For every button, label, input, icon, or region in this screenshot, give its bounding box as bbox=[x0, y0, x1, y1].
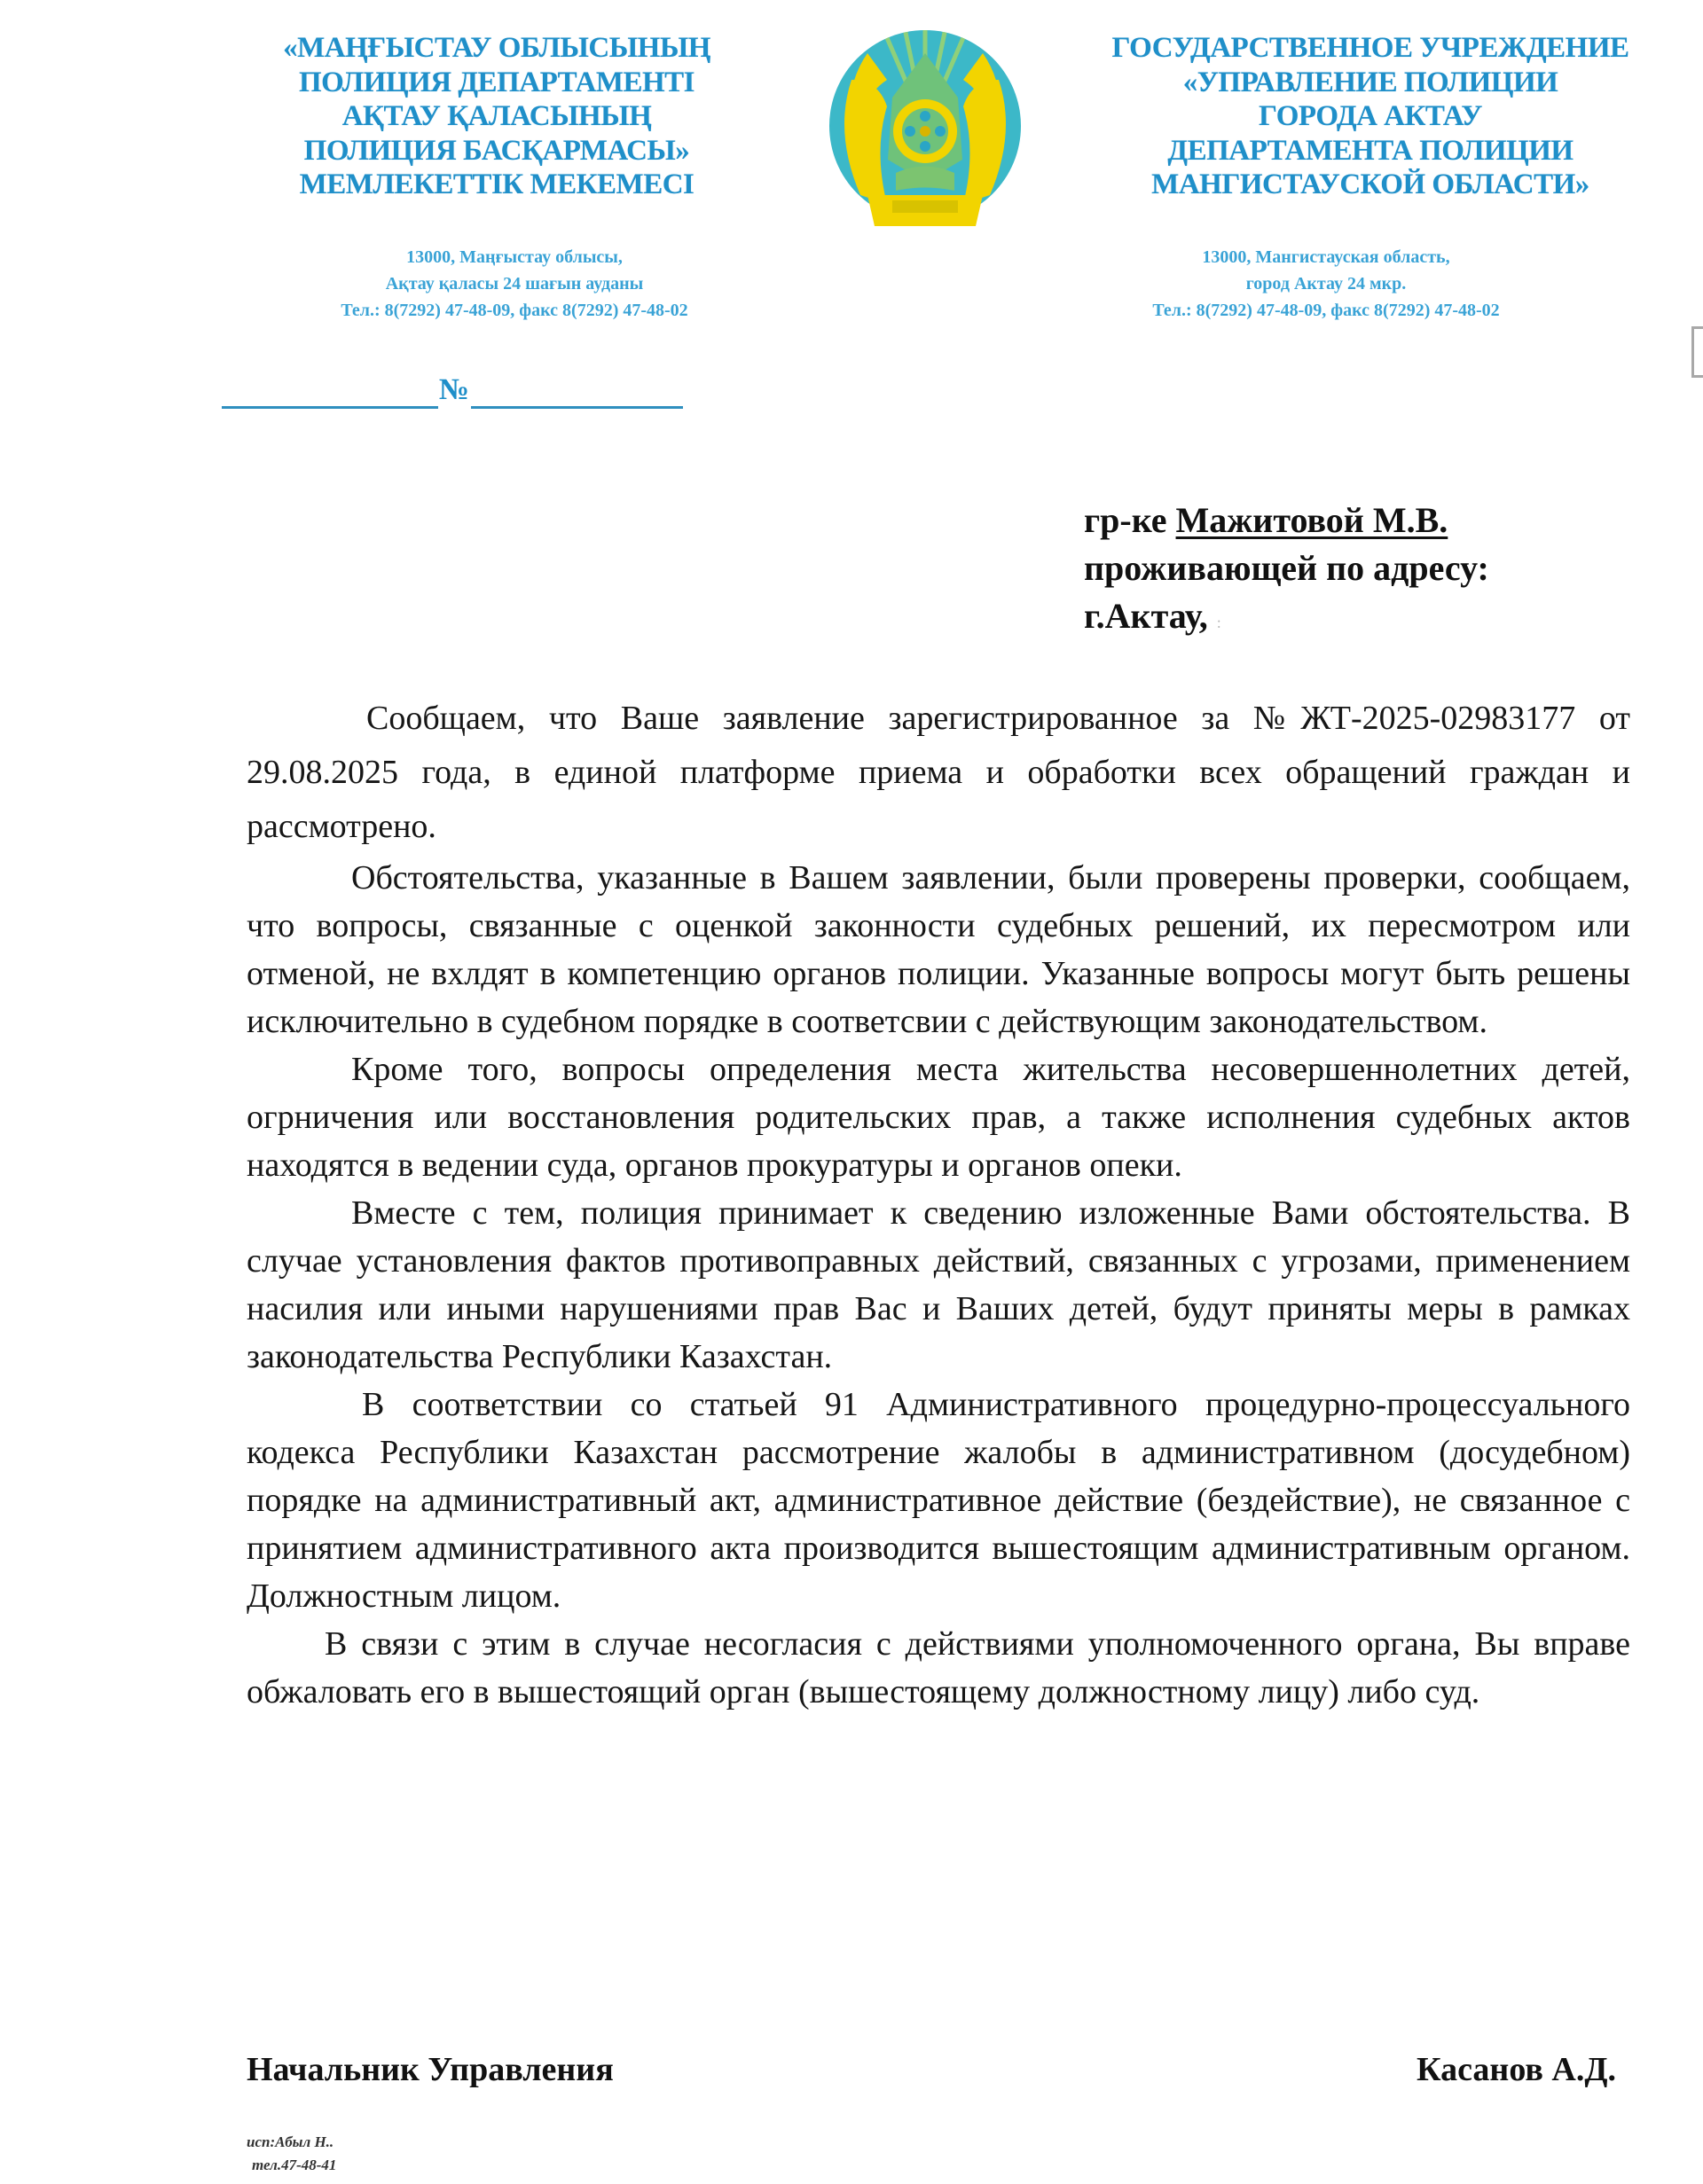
header-left-address-line: Тел.: 8(7292) 47-48-09, факс 8(7292) 47-… bbox=[266, 297, 763, 324]
body-paragraph: Кроме того, вопросы определения места жи… bbox=[247, 1045, 1630, 1189]
header-right-address: 13000, Мангистауская область, город Акта… bbox=[1082, 244, 1570, 324]
recipient-line-2: проживающей по адресу: bbox=[1084, 544, 1652, 592]
recipient-prefix: гр-ке bbox=[1084, 500, 1176, 540]
recipient-line-3: г.Актау, : bbox=[1084, 592, 1652, 646]
header-right-title-line: ГОСУДАРСТВЕННОЕ УЧРЕЖДЕНИЕ bbox=[1082, 31, 1659, 66]
edge-bracket-mark bbox=[1691, 326, 1703, 378]
header-right-title-line: «УПРАВЛЕНИЕ ПОЛИЦИИ bbox=[1082, 66, 1659, 100]
body-paragraph: Вместе с тем, полиция принимает к сведен… bbox=[247, 1189, 1630, 1381]
recipient-trailing-mark: : bbox=[1217, 614, 1221, 631]
body-paragraph: В связи с этим в случае несогласия с дей… bbox=[247, 1620, 1630, 1716]
header-left-title-line: АҚТАУ ҚАЛАСЫНЫҢ bbox=[257, 99, 736, 134]
header-right-title-line: МАНГИСТАУСКОЙ ОБЛАСТИ» bbox=[1082, 168, 1659, 202]
body-paragraph: Сообщаем, что Ваше заявление зарегистрир… bbox=[247, 692, 1630, 854]
header-right-address-line: Тел.: 8(7292) 47-48-09, факс 8(7292) 47-… bbox=[1082, 297, 1570, 324]
state-emblem-icon bbox=[825, 27, 1025, 231]
header-left-title: «МАҢҒЫСТАУ ОБЛЫСЫНЫҢ ПОЛИЦИЯ ДЕПАРТАМЕНТ… bbox=[257, 31, 736, 202]
header-left-title-line: «МАҢҒЫСТАУ ОБЛЫСЫНЫҢ bbox=[257, 31, 736, 66]
executor-name: исп:Абыл Н.. bbox=[247, 2131, 336, 2154]
signatory-name: Касанов А.Д. bbox=[1417, 2050, 1616, 2089]
date-blank-line bbox=[222, 406, 438, 409]
header-right-address-line: город Актау 24 мкр. bbox=[1082, 270, 1570, 297]
recipient-line-1: гр-ке Мажитовой М.В. bbox=[1084, 497, 1652, 544]
header-left-address-line: 13000, Маңғыстау облысы, bbox=[266, 244, 763, 270]
recipient-name: Мажитовой М.В. bbox=[1176, 500, 1448, 540]
recipient-block: гр-ке Мажитовой М.В. проживающей по адре… bbox=[1084, 497, 1652, 646]
signatory-title: Начальник Управления bbox=[247, 2050, 614, 2089]
body-paragraph: В соответствии со статьей 91 Администрат… bbox=[247, 1381, 1630, 1620]
number-sign: № bbox=[435, 372, 474, 408]
header-right-address-line: 13000, Мангистауская область, bbox=[1082, 244, 1570, 270]
header-left-title-line: ПОЛИЦИЯ ДЕПАРТАМЕНТІ bbox=[257, 66, 736, 100]
executor-phone: тел.47-48-41 bbox=[247, 2154, 336, 2177]
recipient-city: г.Актау, bbox=[1084, 596, 1208, 636]
header-left-address-line: Ақтау қаласы 24 шағын ауданы bbox=[266, 270, 763, 297]
header-left-title-line: МЕМЛЕКЕТТІК МЕКЕМЕСІ bbox=[257, 168, 736, 202]
letter-body: Сообщаем, что Ваше заявление зарегистрир… bbox=[247, 692, 1630, 1716]
executor-footer: исп:Абыл Н.. тел.47-48-41 bbox=[247, 2131, 336, 2177]
header-left-title-line: ПОЛИЦИЯ БАСҚАРМАСЫ» bbox=[257, 134, 736, 168]
header-right-title-line: ГОРОДА АКТАУ bbox=[1082, 99, 1659, 134]
number-blank-line bbox=[471, 406, 683, 409]
body-paragraph: Обстоятельства, указанные в Вашем заявле… bbox=[247, 854, 1630, 1045]
registration-number-line: № bbox=[222, 372, 727, 408]
header-left-address: 13000, Маңғыстау облысы, Ақтау қаласы 24… bbox=[266, 244, 763, 324]
header-right-title-line: ДЕПАРТАМЕНТА ПОЛИЦИИ bbox=[1082, 134, 1659, 168]
header-right-title: ГОСУДАРСТВЕННОЕ УЧРЕЖДЕНИЕ «УПРАВЛЕНИЕ П… bbox=[1082, 31, 1659, 202]
